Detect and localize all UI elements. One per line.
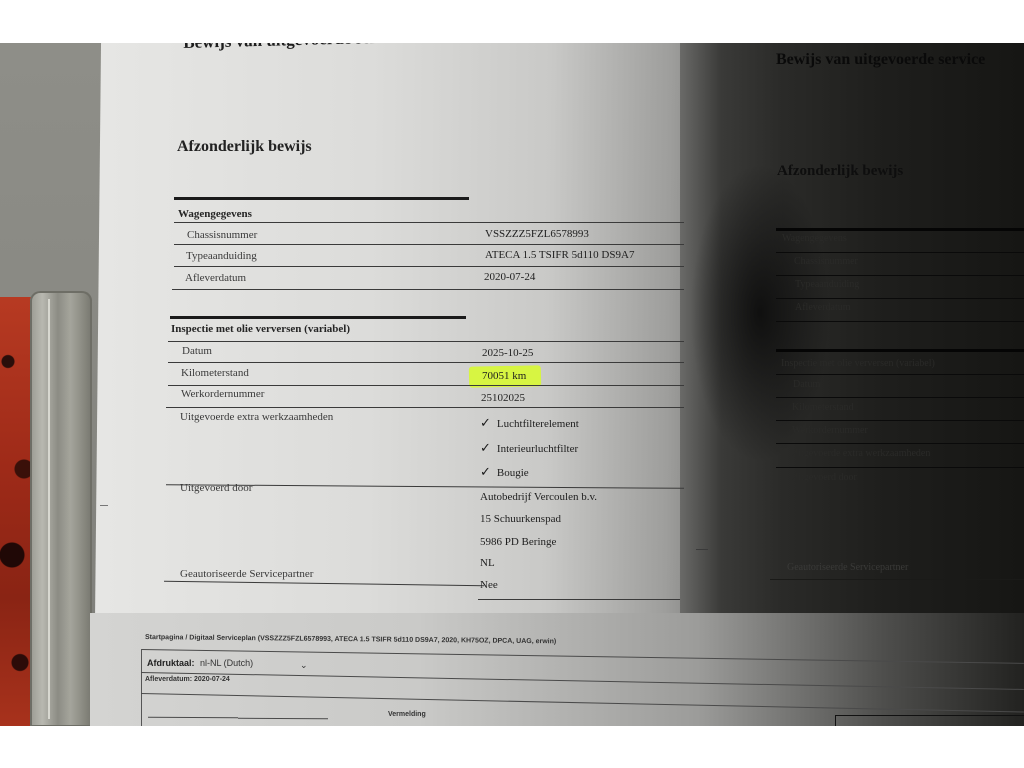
row-divider: [776, 252, 1024, 253]
work-order-label: Werkordernummer: [181, 388, 264, 400]
row-divider: [168, 385, 684, 386]
section-rule: [776, 349, 1024, 352]
chevron-down-icon[interactable]: ⌄: [300, 661, 308, 671]
mark: [100, 505, 108, 506]
row-divider: [478, 599, 680, 600]
right-label: Kilometerstand: [792, 402, 854, 413]
chassis-value: VSSZZZ5FZL6578993: [485, 228, 589, 240]
extra-work-item-label: Bougie: [497, 467, 529, 479]
row-divider: [776, 321, 1024, 322]
column-heading: Vermelding: [388, 711, 426, 718]
right-label: Chassisnummer: [794, 256, 858, 267]
row-divider: [770, 579, 1024, 580]
right-label: Geautoriseerde Servicepartner: [787, 562, 908, 573]
extra-work-item: ✓Luchtfilterelement: [480, 415, 579, 431]
row-divider: [174, 266, 684, 267]
extra-work-label: Uitgevoerde extra werkzaamheden: [180, 411, 333, 423]
right-label: Typeaanduiding: [795, 279, 859, 290]
right-label: Uitgevoerde extra werkzaamheden: [791, 448, 930, 459]
section-rule: [170, 316, 466, 319]
check-icon: ✓: [480, 415, 491, 430]
frame-edge: [30, 291, 92, 726]
type-label: Typeaanduiding: [186, 250, 257, 262]
row-divider: [776, 397, 1024, 398]
box-border: [141, 649, 142, 726]
performed-by-line: Autobedrijf Vercoulen b.v.: [480, 491, 597, 503]
mileage-value: 70051 km: [482, 370, 526, 382]
row-divider: [166, 407, 684, 408]
row-divider: [168, 362, 684, 363]
date-label: Datum: [182, 345, 212, 357]
right-label: Wagengegevens: [782, 233, 847, 244]
right-label: Datum: [793, 379, 820, 390]
extra-work-item: ✓Interieurluchtfilter: [480, 440, 578, 456]
partner-value: Nee: [480, 579, 498, 591]
performed-by-label: Uitgevoerd door: [180, 482, 252, 494]
row-divider: [776, 374, 1024, 375]
right-document-title: Bewijs van uitgevoerde service: [776, 51, 985, 69]
vehicle-heading: Wagengegevens: [178, 208, 252, 220]
box-border: [835, 715, 1024, 726]
row-divider: [168, 341, 684, 342]
check-icon: ✓: [480, 464, 491, 479]
mark: [696, 549, 708, 550]
delivery-date-print: Afleverdatum: 2020-07-24: [145, 676, 230, 683]
performed-by-line: NL: [480, 557, 495, 569]
section-rule: [174, 197, 469, 200]
extra-work-item-label: Luchtfilterelement: [497, 418, 579, 430]
partner-label: Geautoriseerde Servicepartner: [180, 568, 313, 580]
row-divider: [174, 222, 684, 223]
shadow: [690, 163, 830, 463]
extra-work-item: ✓Bougie: [480, 464, 529, 480]
type-value: ATECA 1.5 TSIFR 5d110 DS9A7: [485, 249, 634, 261]
photo-scene: Bewijs van uitgevoerde service Afzonderl…: [0, 43, 1024, 726]
delivery-date-value: 2020-07-24: [484, 271, 535, 283]
performed-by-line: 5986 PD Beringe: [480, 536, 556, 548]
row-divider: [776, 420, 1024, 421]
right-label: Inspectie met olie verversen (variabel): [781, 358, 935, 369]
check-icon: ✓: [480, 440, 491, 455]
section-rule: [776, 228, 1024, 231]
row-divider: [776, 443, 1024, 444]
right-document-subtitle: Afzonderlijk bewijs: [777, 163, 903, 180]
right-label: Werkordernummer: [792, 425, 868, 436]
date-value: 2025-10-25: [482, 347, 533, 359]
delivery-date-label: Afleverdatum: [185, 272, 246, 284]
extra-work-item-label: Interieurluchtfilter: [497, 443, 578, 455]
right-label: Uitgevoerd door: [791, 472, 857, 483]
mileage-label: Kilometerstand: [181, 367, 249, 379]
print-language-select[interactable]: nl-NL (Dutch): [200, 658, 253, 668]
row-divider: [172, 289, 684, 290]
row-divider: [776, 275, 1024, 276]
row-divider: [174, 244, 684, 245]
inspection-heading: Inspectie met olie verversen (variabel): [171, 323, 350, 335]
performed-by-line: 15 Schuurkenspad: [480, 513, 561, 525]
document-subtitle: Afzonderlijk bewijs: [177, 138, 312, 156]
work-order-value: 25102025: [481, 392, 525, 404]
chassis-label: Chassisnummer: [187, 229, 257, 241]
print-language-label: Afdruktaal:: [147, 658, 195, 668]
right-label: Afleverdatum: [795, 302, 851, 313]
row-divider: [776, 467, 1024, 468]
row-divider: [776, 298, 1024, 299]
